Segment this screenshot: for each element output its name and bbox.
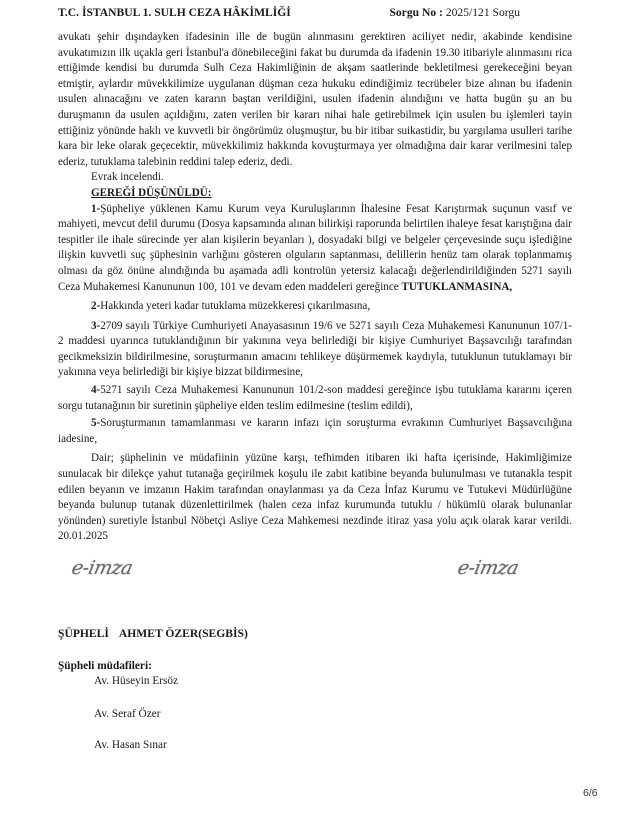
item-number: 2- (91, 300, 100, 312)
defender-name: Av. Hüseyin Ersöz (94, 675, 178, 687)
item-text: Şüpheliye yüklenen Kamu Kurum veya Kurul… (58, 203, 572, 293)
decision-item: 1-Şüpheliye yüklenen Kamu Kurum veya Kur… (58, 202, 572, 296)
defender-name: Av. Seraf Özer (94, 708, 161, 720)
conclusion: Dair; şüphelinin ve müdafiinin yüzüne ka… (58, 451, 572, 545)
sorgu-value: 2025/121 Sorgu (446, 6, 520, 19)
suspect-label: ŞÜPHELİ (58, 627, 109, 640)
item-text: 5271 sayılı Ceza Muhakemesi Kanununun 10… (58, 384, 572, 412)
item-number: 1- (91, 203, 100, 215)
sorgu-label: Sorgu No : (389, 6, 442, 19)
suspect-name: AHMET ÖZER(SEGBİS) (119, 627, 248, 640)
clerk-signature: e-imza (456, 557, 521, 579)
item-text: Soruşturmanın tamamlanması ve kararın in… (58, 417, 572, 445)
item-number: 3- (91, 320, 100, 332)
item-number: 4- (91, 384, 100, 396)
decision-item: 5-Soruşturmanın tamamlanması ve kararın … (58, 416, 572, 447)
defenders-title: Şüpheli müdafileri: (58, 660, 152, 672)
defender-name: Av. Hasan Sınar (94, 739, 167, 751)
decision-item: 3-2709 sayılı Türkiye Cumhuriyeti Anayas… (58, 319, 572, 381)
page-number: 6/6 (583, 787, 598, 799)
item-text: Hakkında yeteri kadar tutuklama müzekker… (100, 300, 370, 312)
judge-signature: e-imza (70, 557, 135, 579)
document-body: avukatı şehir dışındayken ifadesinin ill… (58, 30, 572, 545)
decision-heading: GEREĞİ DÜŞÜNÜLDÜ: (58, 186, 572, 202)
suspect-line: ŞÜPHELİAHMET ÖZER(SEGBİS) (58, 627, 248, 640)
defense-statement: avukatı şehir dışındayken ifadesinin ill… (58, 30, 572, 170)
sorgu-number: Sorgu No : 2025/121 Sorgu (389, 6, 520, 19)
evrak-note: Evrak incelendi. (58, 170, 572, 186)
decision-item: 4-5271 sayılı Ceza Muhakemesi Kanununun … (58, 383, 572, 414)
document-header: T.C. İSTANBUL 1. SULH CEZA HÂKİMLİĞİ Sor… (58, 6, 520, 19)
court-name: T.C. İSTANBUL 1. SULH CEZA HÂKİMLİĞİ (58, 6, 291, 19)
item-text: 2709 sayılı Türkiye Cumhuriyeti Anayasas… (58, 320, 572, 379)
item-verdict: TUTUKLANMASINA, (401, 281, 512, 293)
item-number: 5- (91, 417, 100, 429)
decision-item: 2-Hakkında yeteri kadar tutuklama müzekk… (58, 299, 572, 315)
